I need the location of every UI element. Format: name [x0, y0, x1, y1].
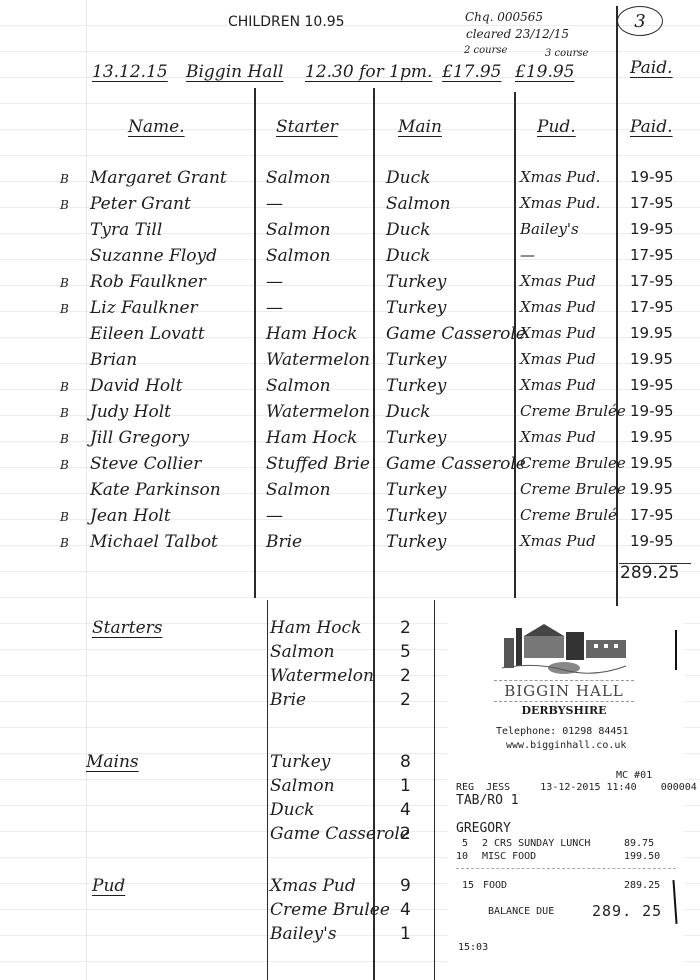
booking-mark: B — [60, 536, 69, 550]
summary-row: Salmon1 — [0, 776, 400, 802]
pud-choice: Xmas Pud — [520, 324, 596, 342]
line-qty: 5 — [462, 838, 468, 849]
summary-count: 5 — [400, 642, 411, 662]
hotel-illustration-icon — [494, 618, 634, 678]
paid-header-top: Paid. — [630, 58, 673, 78]
paid-amount: 19-95 — [630, 402, 674, 420]
booking-mark: B — [60, 510, 69, 524]
table-row: BJill GregoryHam HockTurkeyXmas Pud19.95 — [0, 428, 700, 454]
line-qty: 10 — [456, 851, 468, 862]
booking-mark: B — [60, 276, 69, 290]
event-date: 13.12.15 — [92, 62, 168, 82]
pud-choice: Bailey's — [520, 220, 579, 238]
summary-row: Salmon5 — [0, 642, 400, 668]
starter-choice: Salmon — [266, 220, 331, 240]
paid-amount: 17-95 — [630, 194, 674, 212]
summary-row: Creme Brulee4 — [0, 900, 400, 926]
summary-item: Ham Hock — [270, 618, 361, 638]
starter-choice: Stuffed Brie — [266, 454, 370, 474]
summary-item: Salmon — [270, 642, 335, 662]
main-choice: Duck — [386, 220, 430, 240]
guest-name: Peter Grant — [90, 194, 191, 214]
table-row: Eileen LovattHam HockGame CasseroleXmas … — [0, 324, 700, 350]
starter-choice: Salmon — [266, 376, 331, 396]
pud-choice: Xmas Pud — [520, 376, 596, 394]
summary-count: 4 — [400, 900, 411, 920]
guest-name: David Holt — [90, 376, 182, 396]
customer-name: GREGORY — [456, 821, 511, 836]
paid-amount: 19-95 — [630, 376, 674, 394]
pud-choice: Creme Brulé — [520, 506, 617, 524]
booking-mark: B — [60, 172, 69, 186]
line-amount: 89.75 — [624, 838, 654, 849]
guest-name: Brian — [90, 350, 137, 370]
table-row: BJudy HoltWatermelonDuckCreme Brulée19-9… — [0, 402, 700, 428]
main-choice: Duck — [386, 402, 430, 422]
children-price-note: CHILDREN 10.95 — [228, 14, 345, 30]
booking-mark: B — [60, 198, 69, 212]
summary-item: Bailey's — [270, 924, 337, 944]
three-course-label: 3 course — [545, 48, 588, 59]
pud-choice: Xmas Pud. — [520, 194, 600, 212]
scanned-page: CHILDREN 10.95 Chq. 000565 cleared 23/12… — [0, 0, 700, 980]
line-desc: MISC FOOD — [482, 851, 536, 862]
booking-mark: B — [60, 406, 69, 420]
page-number-circle: 3 — [617, 6, 663, 36]
guest-name: Michael Talbot — [90, 532, 218, 552]
page-number: 3 — [634, 11, 645, 32]
column-header-pud: Pud. — [537, 117, 576, 137]
pud-choice: Xmas Pud — [520, 272, 596, 290]
guest-name: Jill Gregory — [90, 428, 189, 448]
starter-choice: Ham Hock — [266, 324, 357, 344]
starter-choice: Salmon — [266, 246, 331, 266]
column-header-starter: Starter — [276, 117, 338, 137]
pud-choice: Creme Brulee — [520, 480, 626, 498]
grand-total: 289.25 — [620, 563, 679, 583]
paid-amount: 19-95 — [630, 532, 674, 550]
guest-name: Steve Collier — [90, 454, 201, 474]
paid-amount: 19.95 — [630, 428, 673, 446]
table-row: Suzanne FloydSalmonDuck—17-95 — [0, 246, 700, 272]
hotel-name: BIGGIN HALL — [494, 680, 634, 702]
summary-divider — [434, 600, 435, 980]
column-header-main: Main — [398, 117, 442, 137]
summary-row: Bailey's1 — [0, 924, 400, 950]
three-course-price: £19.95 — [515, 62, 574, 82]
main-choice: Duck — [386, 246, 430, 266]
main-choice: Turkey — [386, 272, 446, 292]
paid-amount: 19-95 — [630, 168, 674, 186]
machine-id: MC #01 — [616, 770, 652, 781]
total-desc: FOOD — [483, 880, 507, 891]
starter-choice: Salmon — [266, 480, 331, 500]
main-choice: Salmon — [386, 194, 451, 214]
hotel-website: www.bigginhall.co.uk — [506, 740, 626, 751]
main-choice: Game Casserole — [386, 454, 526, 474]
venue-name: Biggin Hall — [186, 62, 283, 82]
summary-count: 2 — [400, 618, 411, 638]
paid-amount: 19.95 — [630, 454, 673, 472]
till-receipt: BIGGIN HALL DERBYSHIRE Telephone: 01298 … — [448, 612, 684, 980]
tab-number: TAB/RO 1 — [456, 793, 519, 808]
paid-amount: 17-95 — [630, 272, 674, 290]
paid-amount: 17-95 — [630, 298, 674, 316]
main-choice: Game Casserole — [386, 324, 526, 344]
booking-mark: B — [60, 380, 69, 394]
paid-amount: 17-95 — [630, 246, 674, 264]
guest-name: Suzanne Floyd — [90, 246, 217, 266]
summary-item: Turkey — [270, 752, 330, 772]
summary-item: Duck — [270, 800, 314, 820]
starter-choice: Ham Hock — [266, 428, 357, 448]
table-row: BPeter Grant—SalmonXmas Pud.17-95 — [0, 194, 700, 220]
main-choice: Turkey — [386, 298, 446, 318]
guest-name: Tyra Till — [90, 220, 162, 240]
summary-row: Ham Hock2 — [0, 618, 400, 644]
paid-amount: 19.95 — [630, 480, 673, 498]
paid-amount: 19.95 — [630, 324, 673, 342]
summary-item: Creme Brulee — [270, 900, 390, 920]
two-course-price: £17.95 — [442, 62, 501, 82]
column-header-paid: Paid. — [630, 117, 673, 137]
table-row: BRob Faulkner—TurkeyXmas Pud17-95 — [0, 272, 700, 298]
starter-choice: Salmon — [266, 168, 331, 188]
balance-due-label: BALANCE DUE — [488, 906, 554, 917]
two-course-label: 2 course — [464, 45, 507, 56]
column-header-name: Name. — [128, 117, 185, 137]
main-choice: Turkey — [386, 376, 446, 396]
guest-name: Judy Holt — [90, 402, 171, 422]
table-row: Tyra TillSalmonDuckBailey's19-95 — [0, 220, 700, 246]
starter-choice: — — [266, 298, 283, 318]
summary-count: 1 — [400, 776, 411, 796]
total-amount: 289.25 — [624, 880, 660, 891]
summary-item: Salmon — [270, 776, 335, 796]
table-row: BSteve CollierStuffed BrieGame Casserole… — [0, 454, 700, 480]
receipt-time: 15:03 — [458, 942, 488, 953]
guest-name: Liz Faulkner — [90, 298, 198, 318]
line-desc: 2 CRS SUNDAY LUNCH — [482, 838, 590, 849]
summary-row: Brie2 — [0, 690, 400, 716]
summary-count: 4 — [400, 800, 411, 820]
starter-choice: Watermelon — [266, 402, 370, 422]
main-choice: Turkey — [386, 350, 446, 370]
main-choice: Turkey — [386, 428, 446, 448]
receipt-divider — [456, 868, 676, 869]
starter-choice: — — [266, 506, 283, 526]
event-time: 12.30 for 1pm. — [305, 62, 432, 82]
table-row: BLiz Faulkner—TurkeyXmas Pud17-95 — [0, 298, 700, 324]
total-qty: 15 — [462, 880, 474, 891]
pud-choice: Xmas Pud. — [520, 168, 600, 186]
guest-name: Eileen Lovatt — [90, 324, 205, 344]
paid-amount: 17-95 — [630, 506, 674, 524]
cleared-note: cleared 23/12/15 — [466, 27, 569, 41]
pen-mark — [675, 630, 677, 670]
line-amount: 199.50 — [624, 851, 660, 862]
starter-choice: Brie — [266, 532, 302, 552]
summary-row: Game Casserole2 — [0, 824, 400, 850]
starter-choice: Watermelon — [266, 350, 370, 370]
paid-amount: 19-95 — [630, 220, 674, 238]
balance-due-amount: 289. 25 — [592, 902, 662, 920]
table-row: Kate ParkinsonSalmonTurkeyCreme Brulee19… — [0, 480, 700, 506]
summary-row: Xmas Pud9 — [0, 876, 400, 902]
main-choice: Duck — [386, 168, 430, 188]
guest-name: Jean Holt — [90, 506, 171, 526]
summary-count: 9 — [400, 876, 411, 896]
summary-item: Watermelon — [270, 666, 374, 686]
summary-item: Brie — [270, 690, 306, 710]
booking-mark: B — [60, 458, 69, 472]
table-row: BrianWatermelonTurkeyXmas Pud19.95 — [0, 350, 700, 376]
hotel-telephone: Telephone: 01298 84451 — [496, 726, 628, 737]
guest-name: Rob Faulkner — [90, 272, 206, 292]
summary-row: Duck4 — [0, 800, 400, 826]
summary-count: 2 — [400, 690, 411, 710]
guest-name: Kate Parkinson — [90, 480, 221, 500]
booking-mark: B — [60, 302, 69, 316]
summary-count: 8 — [400, 752, 411, 772]
summary-count: 1 — [400, 924, 411, 944]
summary-count: 2 — [400, 666, 411, 686]
summary-row: Turkey8 — [0, 752, 400, 778]
guest-name: Margaret Grant — [90, 168, 227, 188]
table-row: BDavid HoltSalmonTurkeyXmas Pud19-95 — [0, 376, 700, 402]
starter-choice: — — [266, 194, 283, 214]
pud-choice: Xmas Pud — [520, 298, 596, 316]
table-row: BMichael TalbotBrieTurkeyXmas Pud19-95 — [0, 532, 700, 558]
pud-choice: Xmas Pud — [520, 350, 596, 368]
pud-choice: Creme Brulee — [520, 454, 626, 472]
pud-choice: Xmas Pud — [520, 532, 596, 550]
summary-row: Watermelon2 — [0, 666, 400, 692]
main-choice: Turkey — [386, 506, 446, 526]
main-choice: Turkey — [386, 480, 446, 500]
register-line: REG JESS 13-12-2015 11:40 000004 — [456, 782, 697, 793]
paid-amount: 19.95 — [630, 350, 673, 368]
cheque-note: Chq. 000565 — [465, 10, 543, 24]
summary-count: 2 — [400, 824, 411, 844]
table-row: BJean Holt—TurkeyCreme Brulé17-95 — [0, 506, 700, 532]
summary-item: Xmas Pud — [270, 876, 356, 896]
booking-mark: B — [60, 432, 69, 446]
main-choice: Turkey — [386, 532, 446, 552]
pen-mark — [672, 880, 677, 924]
starter-choice: — — [266, 272, 283, 292]
table-row: BMargaret GrantSalmonDuckXmas Pud.19-95 — [0, 168, 700, 194]
pud-choice: — — [520, 246, 535, 264]
pud-choice: Creme Brulée — [520, 402, 626, 420]
pud-choice: Xmas Pud — [520, 428, 596, 446]
hotel-county: DERBYSHIRE — [494, 704, 634, 717]
summary-item: Game Casserole — [270, 824, 410, 844]
